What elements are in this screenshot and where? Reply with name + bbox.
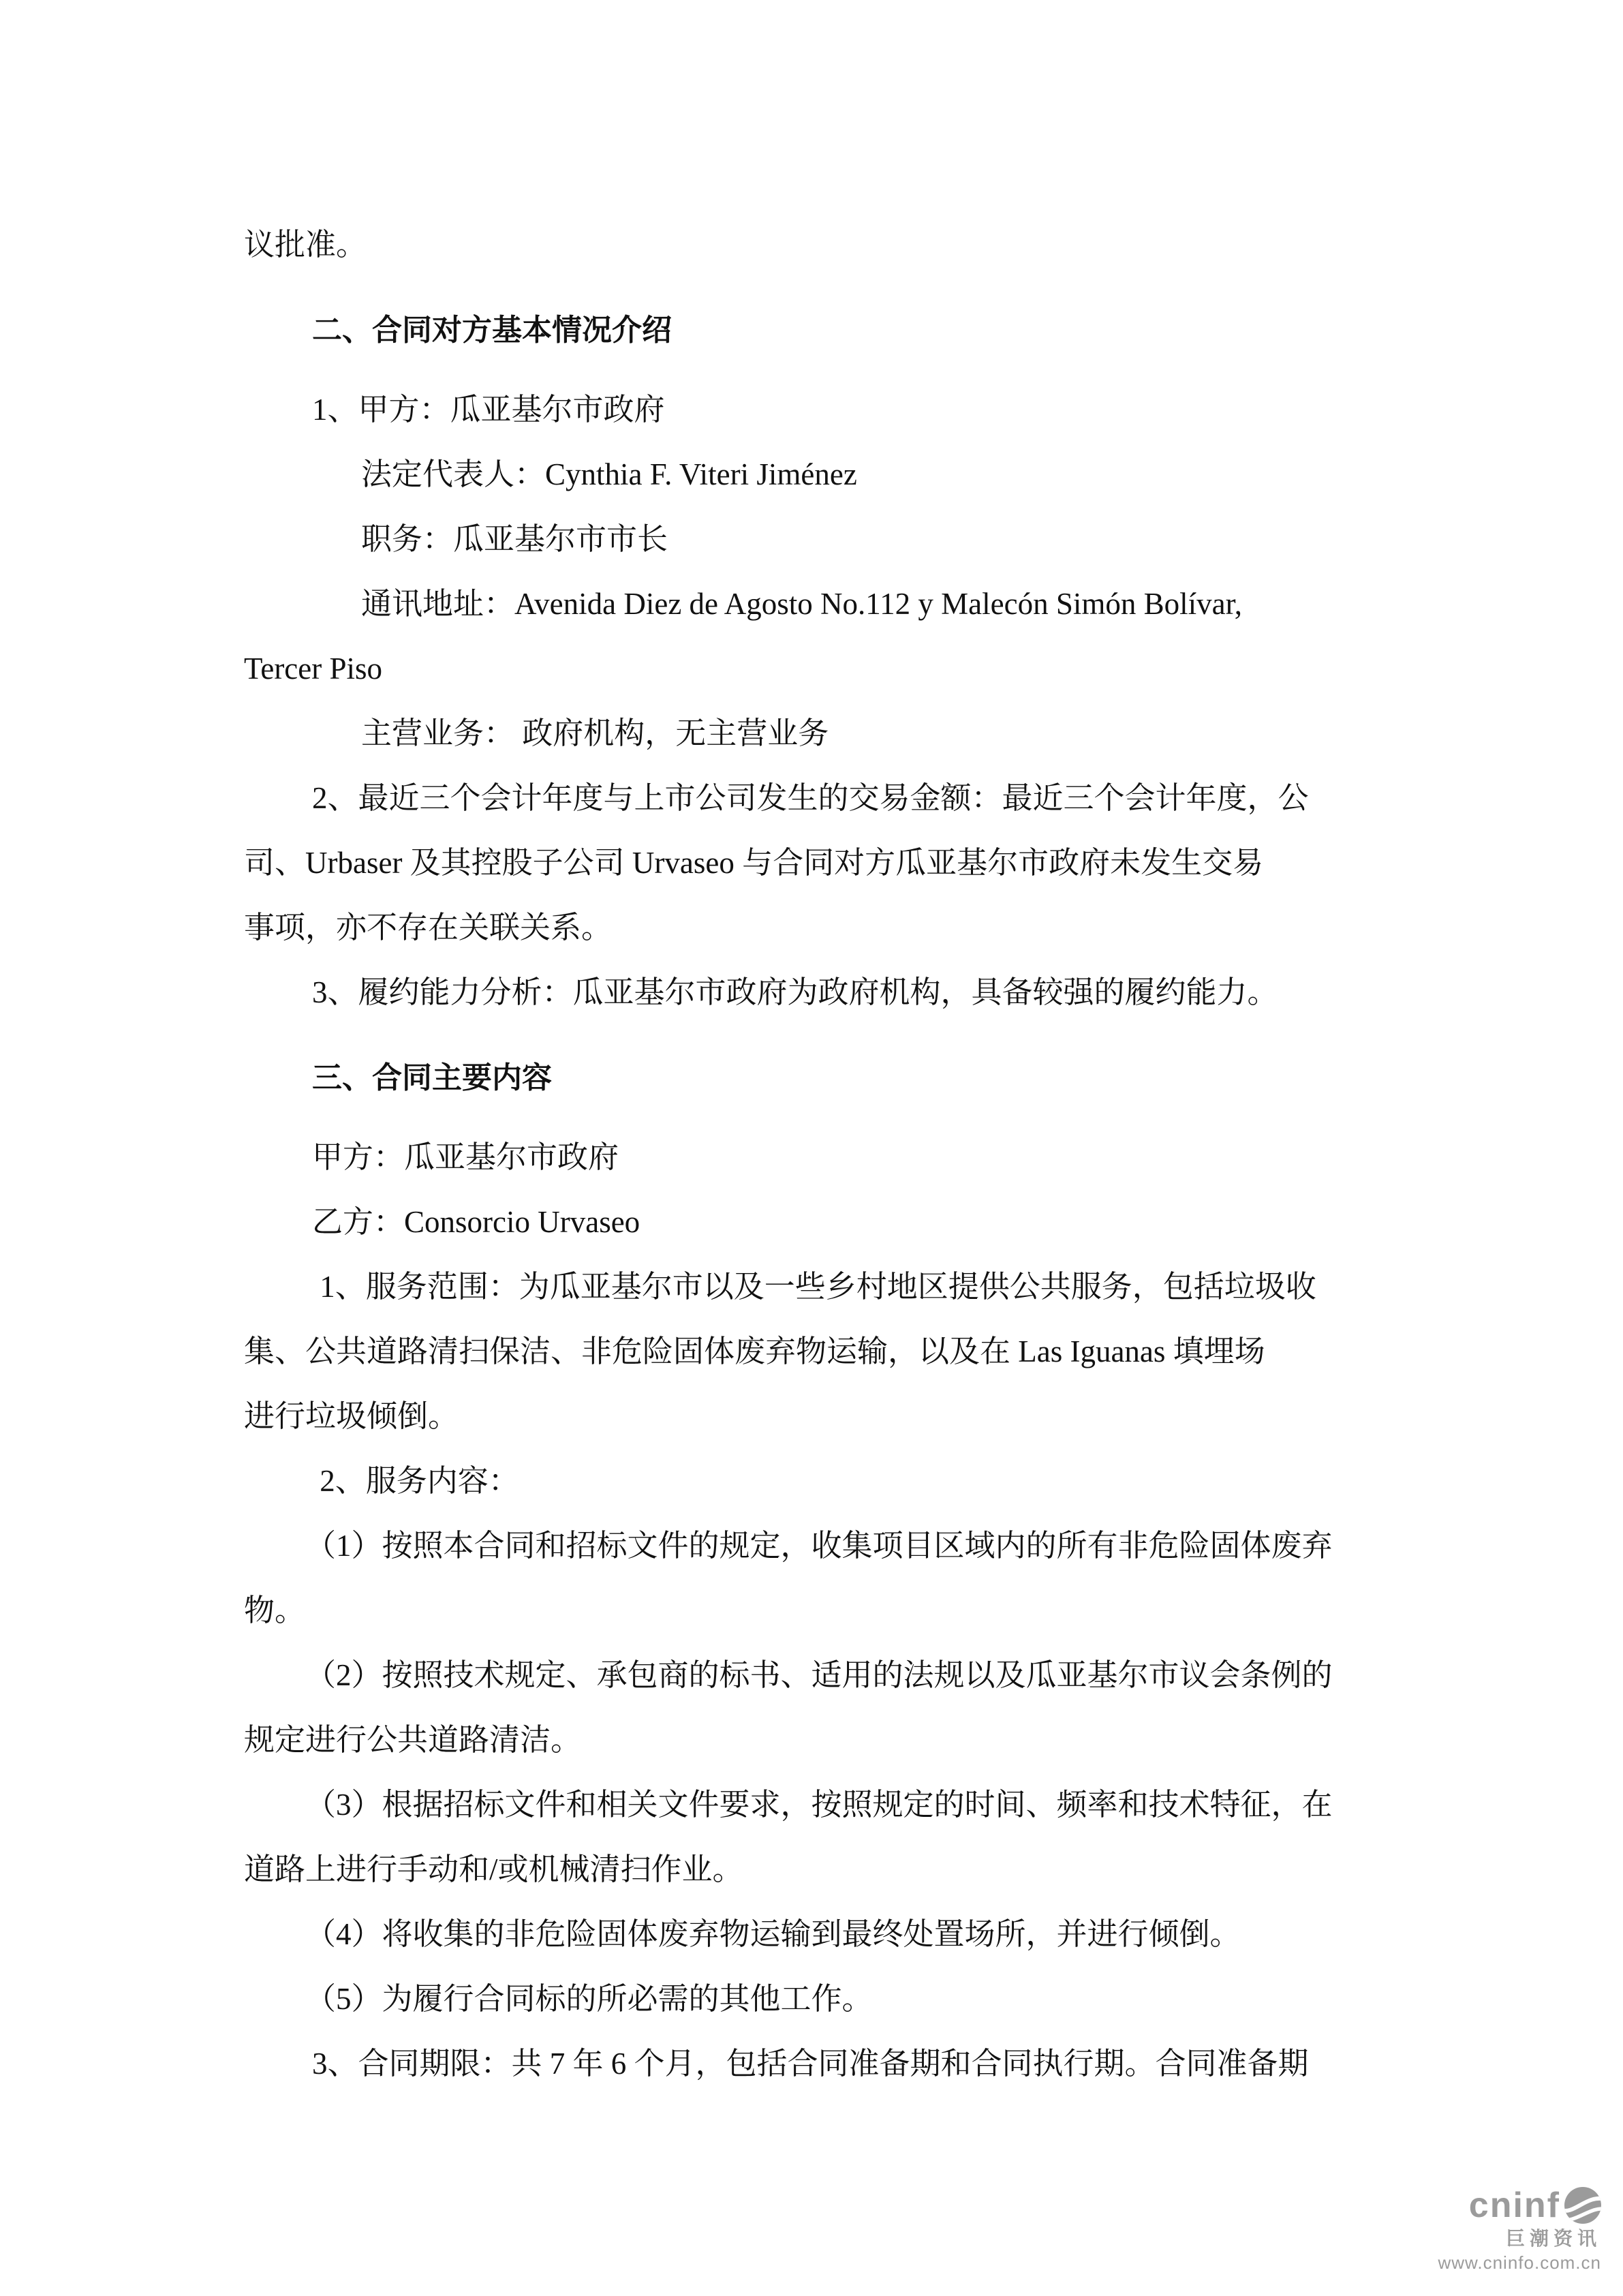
document-line: 乙方：Consorcio Urvaseo (244, 1190, 1383, 1255)
document-line: （2）按照技术规定、承包商的标书、适用的法规以及瓜亚基尔市议会条例的 (244, 1643, 1383, 1708)
document-body: 议批准。 二、合同对方基本情况介绍 1、甲方：瓜亚基尔市政府 法定代表人：Cyn… (244, 213, 1383, 2096)
document-line: 3、合同期限：共 7 年 6 个月，包括合同准备期和合同执行期。合同准备期 (244, 2032, 1383, 2096)
cninfo-chinese-name: 巨潮资讯 (1438, 2229, 1601, 2248)
document-line: 事项，亦不存在关联关系。 (244, 896, 1383, 960)
document-line: 进行垃圾倾倒。 (244, 1384, 1383, 1449)
document-line: 物。 (244, 1578, 1383, 1643)
document-line: 1、服务范围：为瓜亚基尔市以及一些乡村地区提供公共服务，包括垃圾收 (244, 1255, 1383, 1319)
cninfo-brand-text: cninf (1469, 2188, 1560, 2223)
document-line: 2、最近三个会计年度与上市公司发生的交易金额：最近三个会计年度，公 (244, 766, 1383, 831)
document-line: Tercer Piso (244, 637, 1383, 701)
document-line: 法定代表人：Cynthia F. Viteri Jiménez (244, 442, 1383, 507)
section-heading-3: 三、合同主要内容 (244, 1045, 1383, 1110)
document-page: 议批准。 二、合同对方基本情况介绍 1、甲方：瓜亚基尔市政府 法定代表人：Cyn… (0, 0, 1623, 2296)
document-line: 司、Urbaser 及其控股子公司 Urvaseo 与合同对方瓜亚基尔市政府未发… (244, 831, 1383, 896)
cninfo-url: www.cninfo.com.cn (1438, 2254, 1601, 2271)
cninfo-logo-row: cninf (1438, 2187, 1601, 2224)
section-heading-2: 二、合同对方基本情况介绍 (244, 298, 1383, 363)
document-line: 主营业务： 政府机构，无主营业务 (244, 701, 1383, 766)
cninfo-logo: cninf 巨潮资讯 www.cninfo.com.cn (1438, 2187, 1601, 2271)
cninfo-globe-icon (1564, 2187, 1601, 2224)
document-line: 职务：瓜亚基尔市市长 (244, 507, 1383, 572)
document-line: （1）按照本合同和招标文件的规定，收集项目区域内的所有非危险固体废弃 (244, 1514, 1383, 1578)
document-line: 集、公共道路清扫保洁、非危险固体废弃物运输，以及在 Las Iguanas 填埋… (244, 1319, 1383, 1384)
document-line: 甲方：瓜亚基尔市政府 (244, 1125, 1383, 1190)
document-line: （3）根据招标文件和相关文件要求，按照规定的时间、频率和技术特征，在 (244, 1773, 1383, 1837)
document-line: 2、服务内容： (244, 1449, 1383, 1514)
document-line: 1、甲方：瓜亚基尔市政府 (244, 378, 1383, 442)
document-line: （4）将收集的非危险固体废弃物运输到最终处置场所，并进行倾倒。 (244, 1902, 1383, 1967)
document-line: 议批准。 (244, 213, 1383, 277)
document-line: 通讯地址：Avenida Diez de Agosto No.112 y Mal… (244, 572, 1383, 637)
document-line: （5）为履行合同标的所必需的其他工作。 (244, 1967, 1383, 2032)
document-line: 3、履约能力分析：瓜亚基尔市政府为政府机构，具备较强的履约能力。 (244, 960, 1383, 1025)
document-line: 规定进行公共道路清洁。 (244, 1708, 1383, 1773)
document-line: 道路上进行手动和/或机械清扫作业。 (244, 1837, 1383, 1902)
